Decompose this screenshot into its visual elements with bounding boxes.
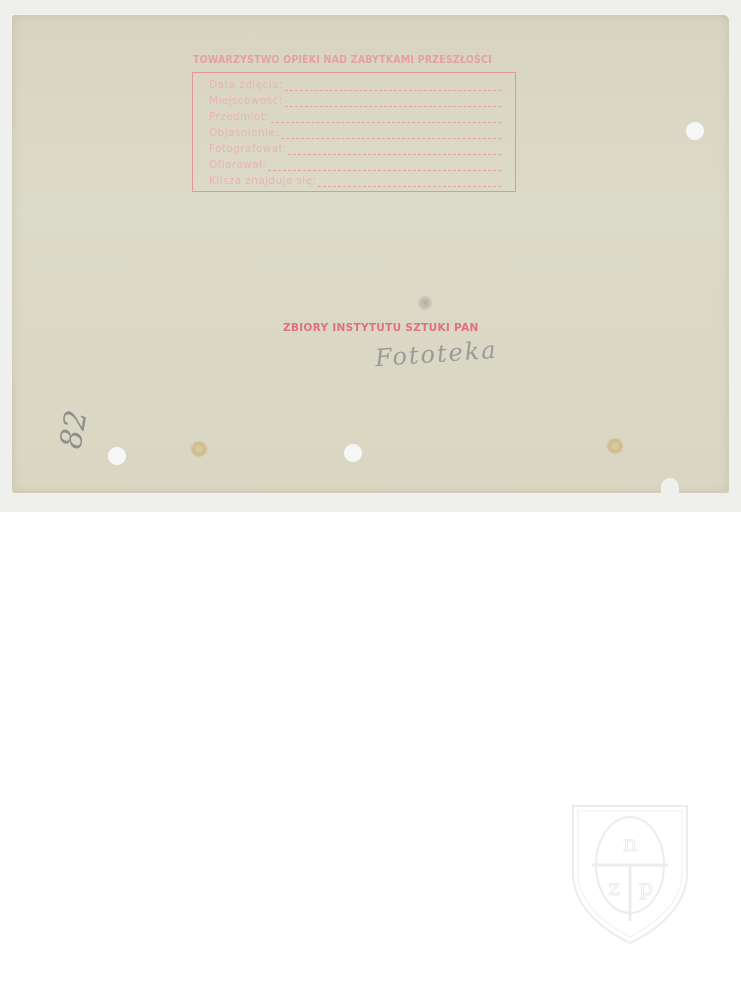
field-line — [281, 129, 501, 139]
glue-stain — [606, 438, 624, 454]
field-line — [271, 113, 501, 123]
field-line — [268, 161, 501, 171]
society-stamp-heading: TOWARZYSTWO OPIEKI NAD ZABYTKAMI PRZESZŁ… — [193, 54, 523, 66]
field-donor: Ofiarował: — [209, 157, 501, 171]
field-label: Ofiarował: — [209, 159, 266, 171]
stamp-form-box: Data zdjęcia: Miejscowość: Przedmiot: Ob… — [192, 72, 516, 192]
scan-area: TOWARZYSTWO OPIEKI NAD ZABYTKAMI PRZESZŁ… — [0, 0, 741, 512]
smudge-mark — [418, 296, 432, 310]
field-explanation: Objaśnienie: — [209, 125, 501, 139]
svg-text:p: p — [639, 876, 653, 901]
field-line — [285, 81, 501, 91]
field-photographer: Fotografował: — [209, 141, 501, 155]
field-line — [285, 97, 501, 107]
field-negative-location: Klisza znajduje się: — [209, 173, 501, 187]
institute-shield-watermark-icon: n z p — [570, 803, 690, 945]
field-place: Miejscowość: — [209, 93, 501, 107]
svg-text:z: z — [608, 876, 620, 901]
field-label: Miejscowość: — [209, 95, 283, 107]
punch-hole — [108, 447, 126, 465]
field-object: Przedmiot: — [209, 109, 501, 123]
field-line — [318, 177, 501, 187]
glue-stain — [190, 441, 208, 457]
svg-text:n: n — [623, 832, 637, 857]
punch-hole — [686, 122, 704, 140]
field-label: Fotografował: — [209, 143, 286, 155]
field-date: Data zdjęcia: — [209, 77, 501, 91]
pencil-number: 82 — [54, 408, 95, 452]
punch-hole — [344, 444, 362, 462]
field-label: Objaśnienie: — [209, 127, 279, 139]
torn-notch — [661, 478, 679, 496]
field-label: Klisza znajduje się: — [209, 175, 316, 187]
institute-collection-stamp: ZBIORY INSTYTUTU SZTUKI PAN — [283, 322, 479, 334]
field-label: Przedmiot: — [209, 111, 269, 123]
field-label: Data zdjęcia: — [209, 79, 283, 91]
field-line — [288, 145, 501, 155]
